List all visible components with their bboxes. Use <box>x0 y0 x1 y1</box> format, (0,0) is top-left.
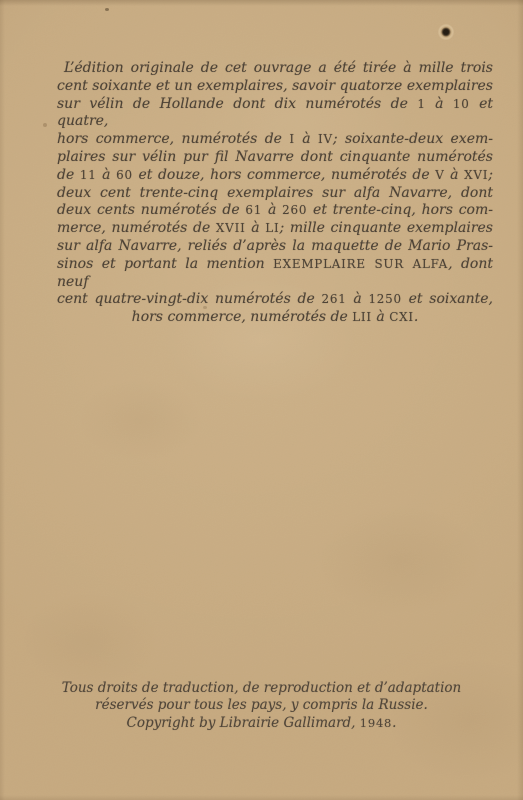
text-segment: et trente-cinq, hors com- <box>307 202 493 218</box>
colophon: L’édition originale de cet ouvrage a été… <box>57 60 493 327</box>
text-segment: sinos et portant la mention <box>57 256 273 272</box>
colophon-line-9: merce, numérotés de XVII à LI; mille cin… <box>57 220 493 238</box>
paper-speck <box>43 123 47 127</box>
text-segment: merce, numérotés de <box>57 220 216 236</box>
text-segment: à <box>445 167 465 183</box>
upright-segment: 260 <box>282 203 307 217</box>
upright-segment: 1 <box>417 97 425 111</box>
text-segment: et douze, hors commerce, numérotés de <box>133 167 435 183</box>
upright-segment: XVII <box>216 221 246 235</box>
copyright-block-line-1: Tous droits de traduction, de reproducti… <box>32 680 491 697</box>
text-segment: de <box>57 167 80 183</box>
upright-segment: EXEMPLAIRE SUR ALFA <box>273 257 448 271</box>
text-segment: ; <box>488 167 493 183</box>
colophon-line-7: deux cent trente-cinq exemplaires sur al… <box>57 185 493 203</box>
copyright-block-line-2: réservés pour tous les pays, y compris l… <box>32 697 491 714</box>
colophon-line-6: de 11 à 60 et douze, hors commerce, numé… <box>57 167 493 185</box>
colophon-line-3: sur vélin de Hollande dont dix numérotés… <box>57 96 493 132</box>
upright-segment: 60 <box>116 168 133 182</box>
book-page: L’édition originale de cet ouvrage a été… <box>0 0 523 800</box>
text-segment: à <box>426 96 453 112</box>
colophon-line-5: plaires sur vélin pur fil Navarre dont c… <box>57 149 493 167</box>
text-segment: cent soixante et un exemplaires, savoir … <box>57 78 493 94</box>
upright-segment: 1948 <box>360 716 392 730</box>
upright-segment: XVI <box>464 168 488 182</box>
copyright-block: Tous droits de traduction, de reproducti… <box>32 680 491 732</box>
text-segment: et soixante, <box>402 291 493 307</box>
text-segment: Tous droits de traduction, de reproducti… <box>62 680 461 696</box>
text-segment: à <box>347 291 369 307</box>
paper-speck <box>105 8 109 11</box>
upright-segment: 1250 <box>368 292 401 306</box>
upright-segment: 10 <box>453 97 470 111</box>
colophon-line-8: deux cents numérotés de 61 à 260 et tren… <box>57 202 493 220</box>
colophon-line-13: hors commerce, numérotés de LII à CXI. <box>57 309 493 327</box>
upright-segment: CXI <box>389 310 414 324</box>
colophon-line-2: cent soixante et un exemplaires, savoir … <box>57 78 493 96</box>
text-segment: Copyright by Librairie Gallimard, <box>127 715 360 731</box>
upright-segment: IV <box>318 132 333 146</box>
paper-speck <box>203 306 207 309</box>
upright-segment: V <box>435 168 444 182</box>
text-segment: deux cent trente-cinq exemplaires sur al… <box>57 185 493 201</box>
text-segment: deux cents numérotés de <box>57 202 245 218</box>
text-segment: L’édition originale de cet ouvrage a été… <box>64 60 493 76</box>
upright-segment: LII <box>352 310 372 324</box>
text-segment: hors commerce, numérotés de <box>132 309 353 325</box>
upright-segment: 11 <box>80 168 97 182</box>
upright-segment: LI <box>265 221 279 235</box>
text-segment: à <box>246 220 266 236</box>
text-segment: à <box>97 167 117 183</box>
worm-hole-speck <box>438 24 454 40</box>
text-segment: . <box>392 715 396 731</box>
text-segment: réservés pour tous les pays, y compris l… <box>95 697 428 713</box>
colophon-line-11: sinos et portant la mention EXEMPLAIRE S… <box>57 256 493 292</box>
colophon-line-4: hors commerce, numérotés de I à IV; soix… <box>57 131 493 149</box>
text-segment: sur vélin de Hollande dont dix numérotés… <box>57 96 417 112</box>
text-segment: sur alfa Navarre, reliés d’après la maqu… <box>57 238 493 254</box>
copyright-block-line-3: Copyright by Librairie Gallimard, 1948. <box>32 715 491 732</box>
colophon-line-10: sur alfa Navarre, reliés d’après la maqu… <box>57 238 493 256</box>
colophon-line-1: L’édition originale de cet ouvrage a été… <box>57 60 493 78</box>
text-segment: ; mille cinquante exemplaires <box>279 220 493 236</box>
text-segment: à <box>372 309 389 325</box>
text-segment: à <box>262 202 282 218</box>
text-segment: cent quatre-vingt-dix numérotés de <box>57 291 322 307</box>
text-segment: ; soixante-deux exem- <box>333 131 493 147</box>
text-segment: plaires sur vélin pur fil Navarre dont c… <box>57 149 493 165</box>
colophon-line-12: cent quatre-vingt-dix numérotés de 261 à… <box>57 291 493 309</box>
upright-segment: 261 <box>322 292 347 306</box>
upright-segment: 61 <box>245 203 262 217</box>
text-segment: hors commerce, numérotés de <box>57 131 289 147</box>
text-segment: . <box>414 309 418 325</box>
text-segment: à <box>295 131 318 147</box>
